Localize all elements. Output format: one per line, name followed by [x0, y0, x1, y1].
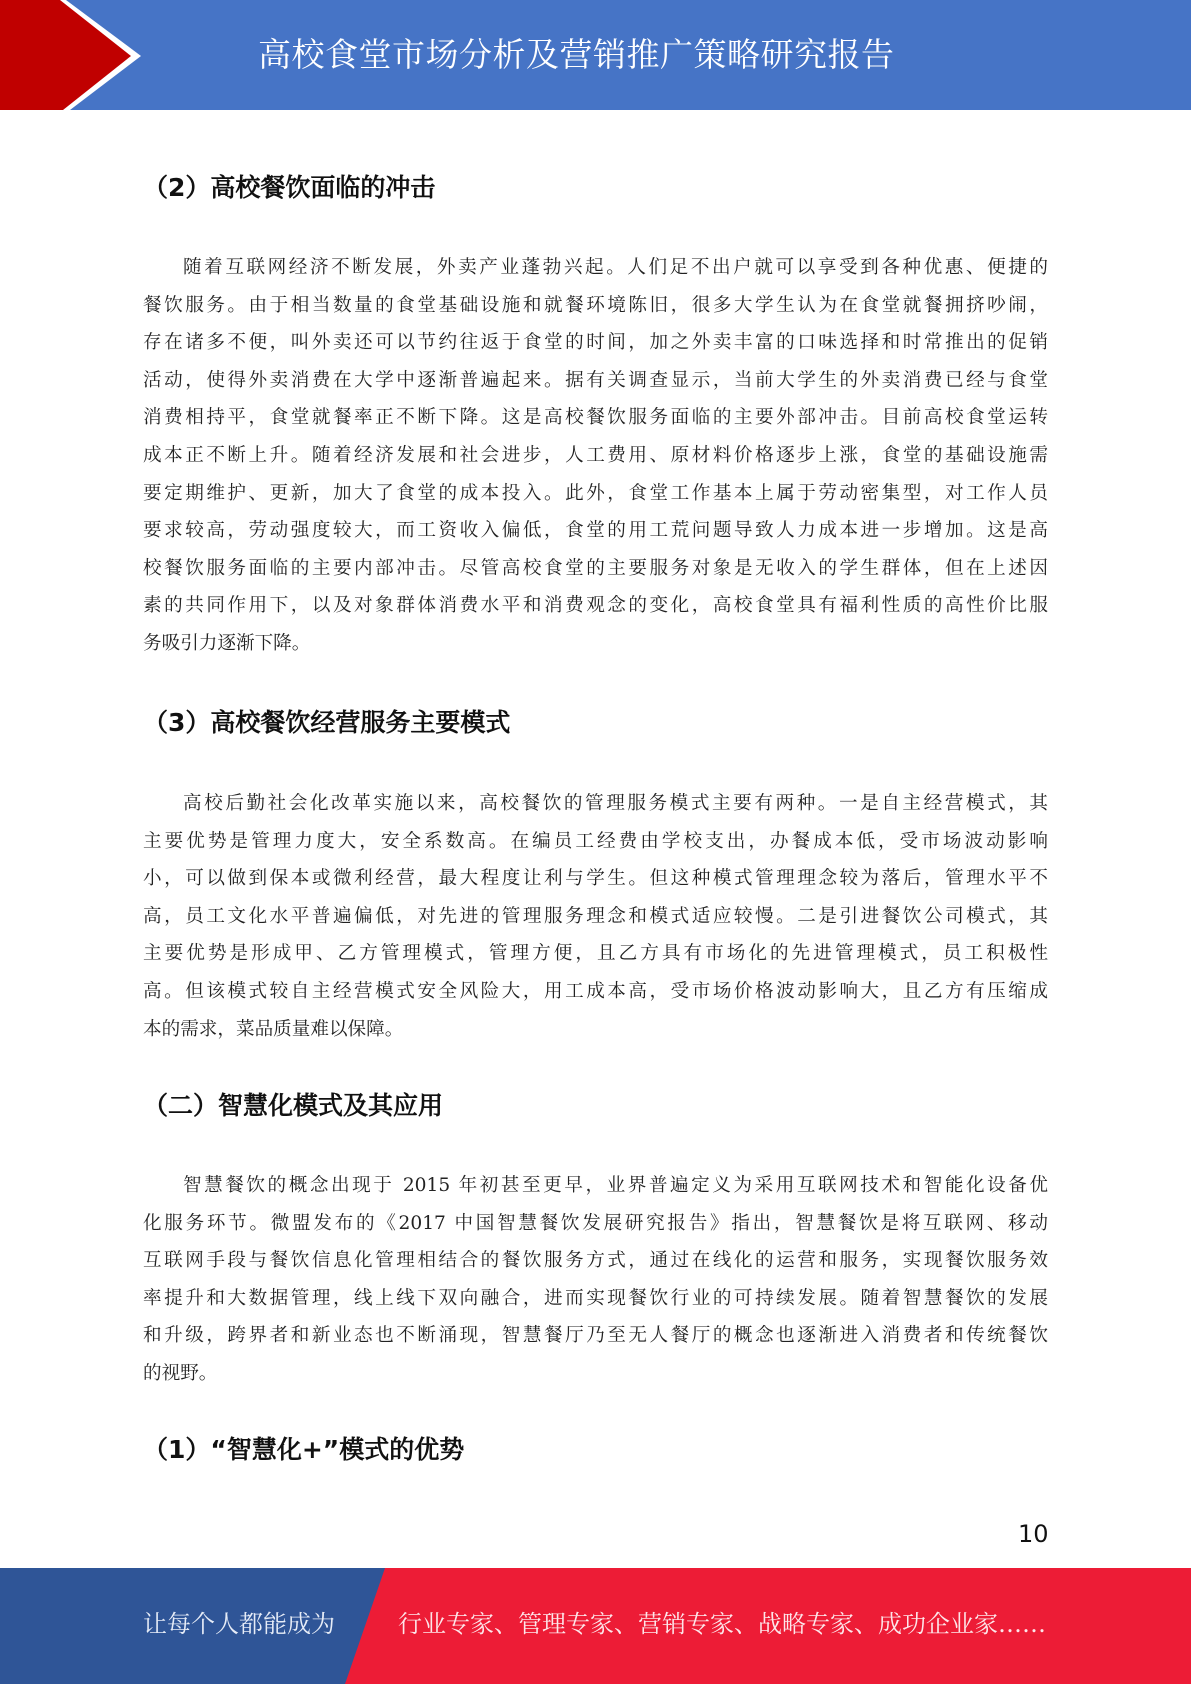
text-line: 主要优势是管理力度大，安全系数高。在编员工经费由学校支出，办餐成本低，受市场波动…: [143, 823, 1048, 861]
text-line: 率提升和大数据管理，线上线下双向融合，进而实现餐饮行业的可持续发展。随着智慧餐饮…: [143, 1280, 1048, 1318]
text-line: 校餐饮服务面临的主要内部冲击。尽管高校食堂的主要服务对象是无收入的学生群体，但在…: [143, 550, 1048, 588]
text-line: 高，员工文化水平普遍偏低，对先进的管理服务理念和模式适应较慢。二是引进餐饮公司模…: [143, 898, 1048, 936]
text-line: 活动，使得外卖消费在大学中逐渐普遍起来。据有关调查显示，当前大学生的外卖消费已经…: [143, 362, 1048, 400]
paragraph: 高校后勤社会化改革实施以来，高校餐饮的管理服务模式主要有两种。一是自主经营模式，…: [143, 785, 1048, 1048]
paragraph: 随着互联网经济不断发展，外卖产业蓬勃兴起。人们足不出户就可以享受到各种优惠、便捷…: [143, 249, 1048, 663]
text-line: 存在诸多不便，叫外卖还可以节约往返于食堂的时间，加之外卖丰富的口味选择和时常推出…: [143, 324, 1048, 362]
text-line: 随着互联网经济不断发展，外卖产业蓬勃兴起。人们足不出户就可以享受到各种优惠、便捷…: [143, 249, 1048, 287]
text-line: 餐饮服务。由于相当数量的食堂基础设施和就餐环境陈旧，很多大学生认为在食堂就餐拥挤…: [143, 287, 1048, 325]
paragraph: 智慧餐饮的概念出现于 2015 年初甚至更早，业界普遍定义为采用互联网技术和智能…: [143, 1167, 1048, 1393]
section-heading: （3）高校餐饮经营服务主要模式: [143, 706, 510, 740]
section-heading: （二）智慧化模式及其应用: [143, 1089, 443, 1123]
page-footer: 让每个人都能成为 行业专家、管理专家、营销专家、战略专家、成功企业家……: [0, 1568, 1191, 1684]
page-number: 10: [1018, 1520, 1049, 1548]
text-line: 互联网手段与餐饮信息化管理相结合的餐饮服务方式，通过在线化的运营和服务，实现餐饮…: [143, 1242, 1048, 1280]
header-arrow-icon: [0, 0, 160, 110]
page-header: 高校食堂市场分析及营销推广策略研究报告: [0, 0, 1191, 110]
text-line: 和升级，跨界者和新业态也不断涌现，智慧餐厅乃至无人餐厅的概念也逐渐进入消费者和传…: [143, 1317, 1048, 1355]
text-line: 智慧餐饮的概念出现于 2015 年初甚至更早，业界普遍定义为采用互联网技术和智能…: [143, 1167, 1048, 1205]
text-line: 素的共同作用下，以及对象群体消费水平和消费观念的变化，高校食堂具有福利性质的高性…: [143, 587, 1048, 625]
text-line: 的视野。: [143, 1355, 1048, 1393]
document-title: 高校食堂市场分析及营销推广策略研究报告: [258, 30, 895, 80]
text-line: 小，可以做到保本或微利经营，最大程度让利与学生。但这种模式管理理念较为落后，管理…: [143, 860, 1048, 898]
text-line: 高。但该模式较自主经营模式安全风险大，用工成本高，受市场价格波动影响大，且乙方有…: [143, 973, 1048, 1011]
section-heading: （2）高校餐饮面临的冲击: [143, 171, 435, 205]
text-line: 务吸引力逐渐下降。: [143, 625, 1048, 663]
section-heading: （1）“智慧化+”模式的优势: [143, 1433, 464, 1467]
text-line: 高校后勤社会化改革实施以来，高校餐饮的管理服务模式主要有两种。一是自主经营模式，…: [143, 785, 1048, 823]
text-line: 本的需求，菜品质量难以保障。: [143, 1011, 1048, 1049]
text-line: 要求较高，劳动强度较大，而工资收入偏低，食堂的用工荒问题导致人力成本进一步增加。…: [143, 512, 1048, 550]
text-line: 要定期维护、更新，加大了食堂的成本投入。此外，食堂工作基本上属于劳动密集型，对工…: [143, 475, 1048, 513]
footer-slogan-right: 行业专家、管理专家、营销专家、战略专家、成功企业家……: [398, 1604, 1046, 1639]
text-line: 成本正不断上升。随着经济发展和社会进步，人工费用、原材料价格逐步上涨，食堂的基础…: [143, 437, 1048, 475]
text-line: 消费相持平，食堂就餐率正不断下降。这是高校餐饮服务面临的主要外部冲击。目前高校食…: [143, 399, 1048, 437]
text-line: 化服务环节。微盟发布的《2017 中国智慧餐饮发展研究报告》指出，智慧餐饮是将互…: [143, 1205, 1048, 1243]
footer-slogan-left: 让每个人都能成为: [143, 1604, 335, 1639]
text-line: 主要优势是形成甲、乙方管理模式，管理方便，且乙方具有市场化的先进管理模式，员工积…: [143, 935, 1048, 973]
